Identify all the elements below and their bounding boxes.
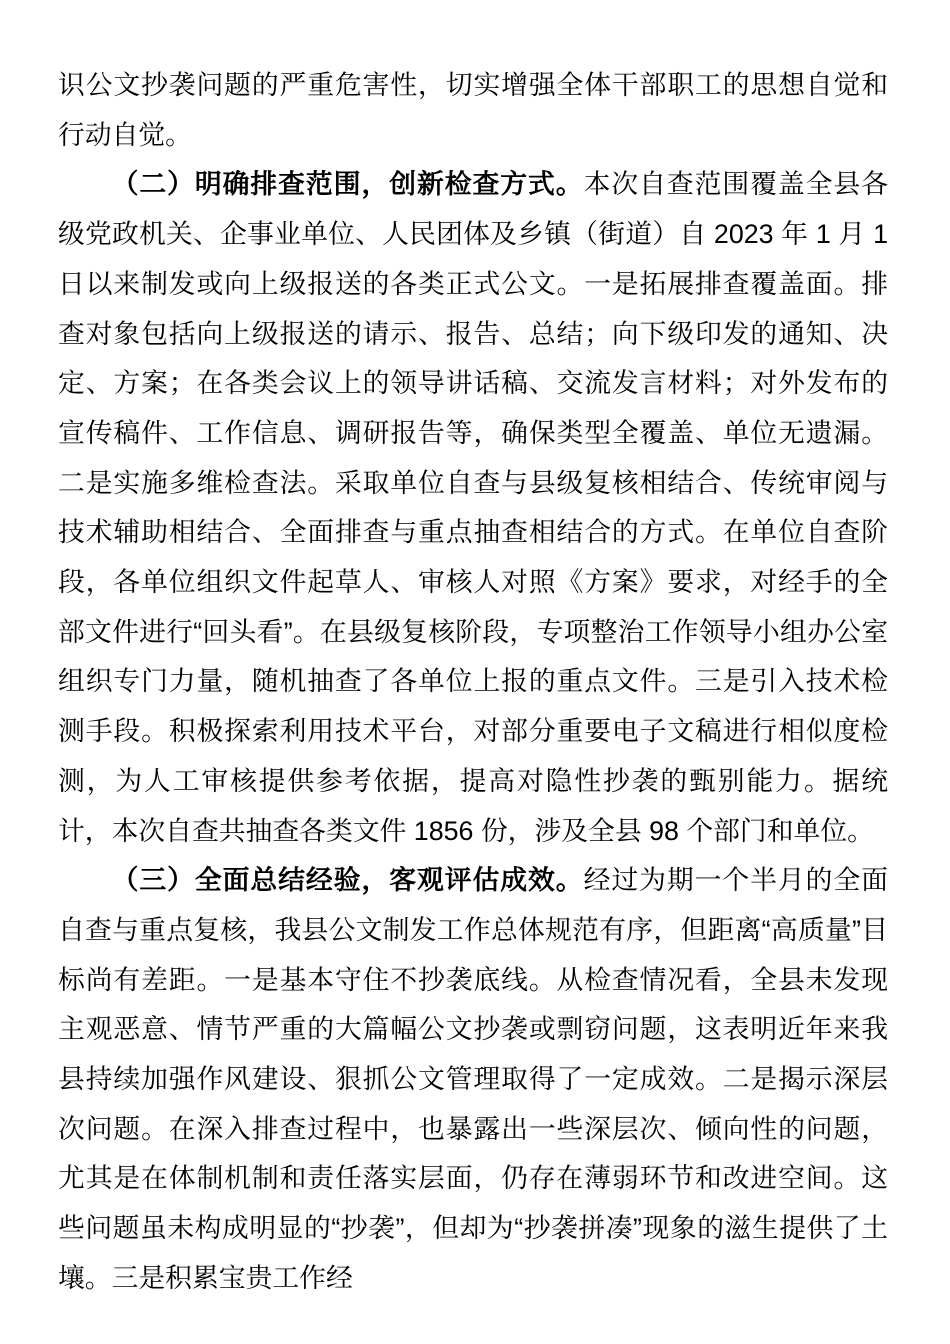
paragraph-section-2: （二）明确排查范围，创新检查方式。本次自查范围覆盖全县各级党政机关、企事业单位、…: [58, 160, 888, 856]
section-2-body-text: 本次自查范围覆盖全县各级党政机关、企事业单位、人民团体及乡镇（街道）自 2023…: [58, 169, 888, 845]
section-2-heading: （二）明确排查范围，创新检查方式。: [112, 169, 584, 199]
paragraph-continuation: 识公文抄袭问题的严重危害性，切实增强全体干部职工的思想自觉和行动自觉。: [58, 61, 888, 160]
section-3-body-text: 经过为期一个半月的全面自查与重点复核，我县公文制发工作总体规范有序，但距离“高质…: [58, 865, 888, 1293]
paragraph-section-3: （三）全面总结经验，客观评估成效。经过为期一个半月的全面自查与重点复核，我县公文…: [58, 856, 888, 1303]
document-page: 识公文抄袭问题的严重危害性，切实增强全体干部职工的思想自觉和行动自觉。 （二）明…: [0, 0, 950, 1344]
paragraph-continuation-text: 识公文抄袭问题的严重危害性，切实增强全体干部职工的思想自觉和行动自觉。: [58, 70, 888, 150]
section-3-heading: （三）全面总结经验，客观评估成效。: [112, 865, 584, 895]
